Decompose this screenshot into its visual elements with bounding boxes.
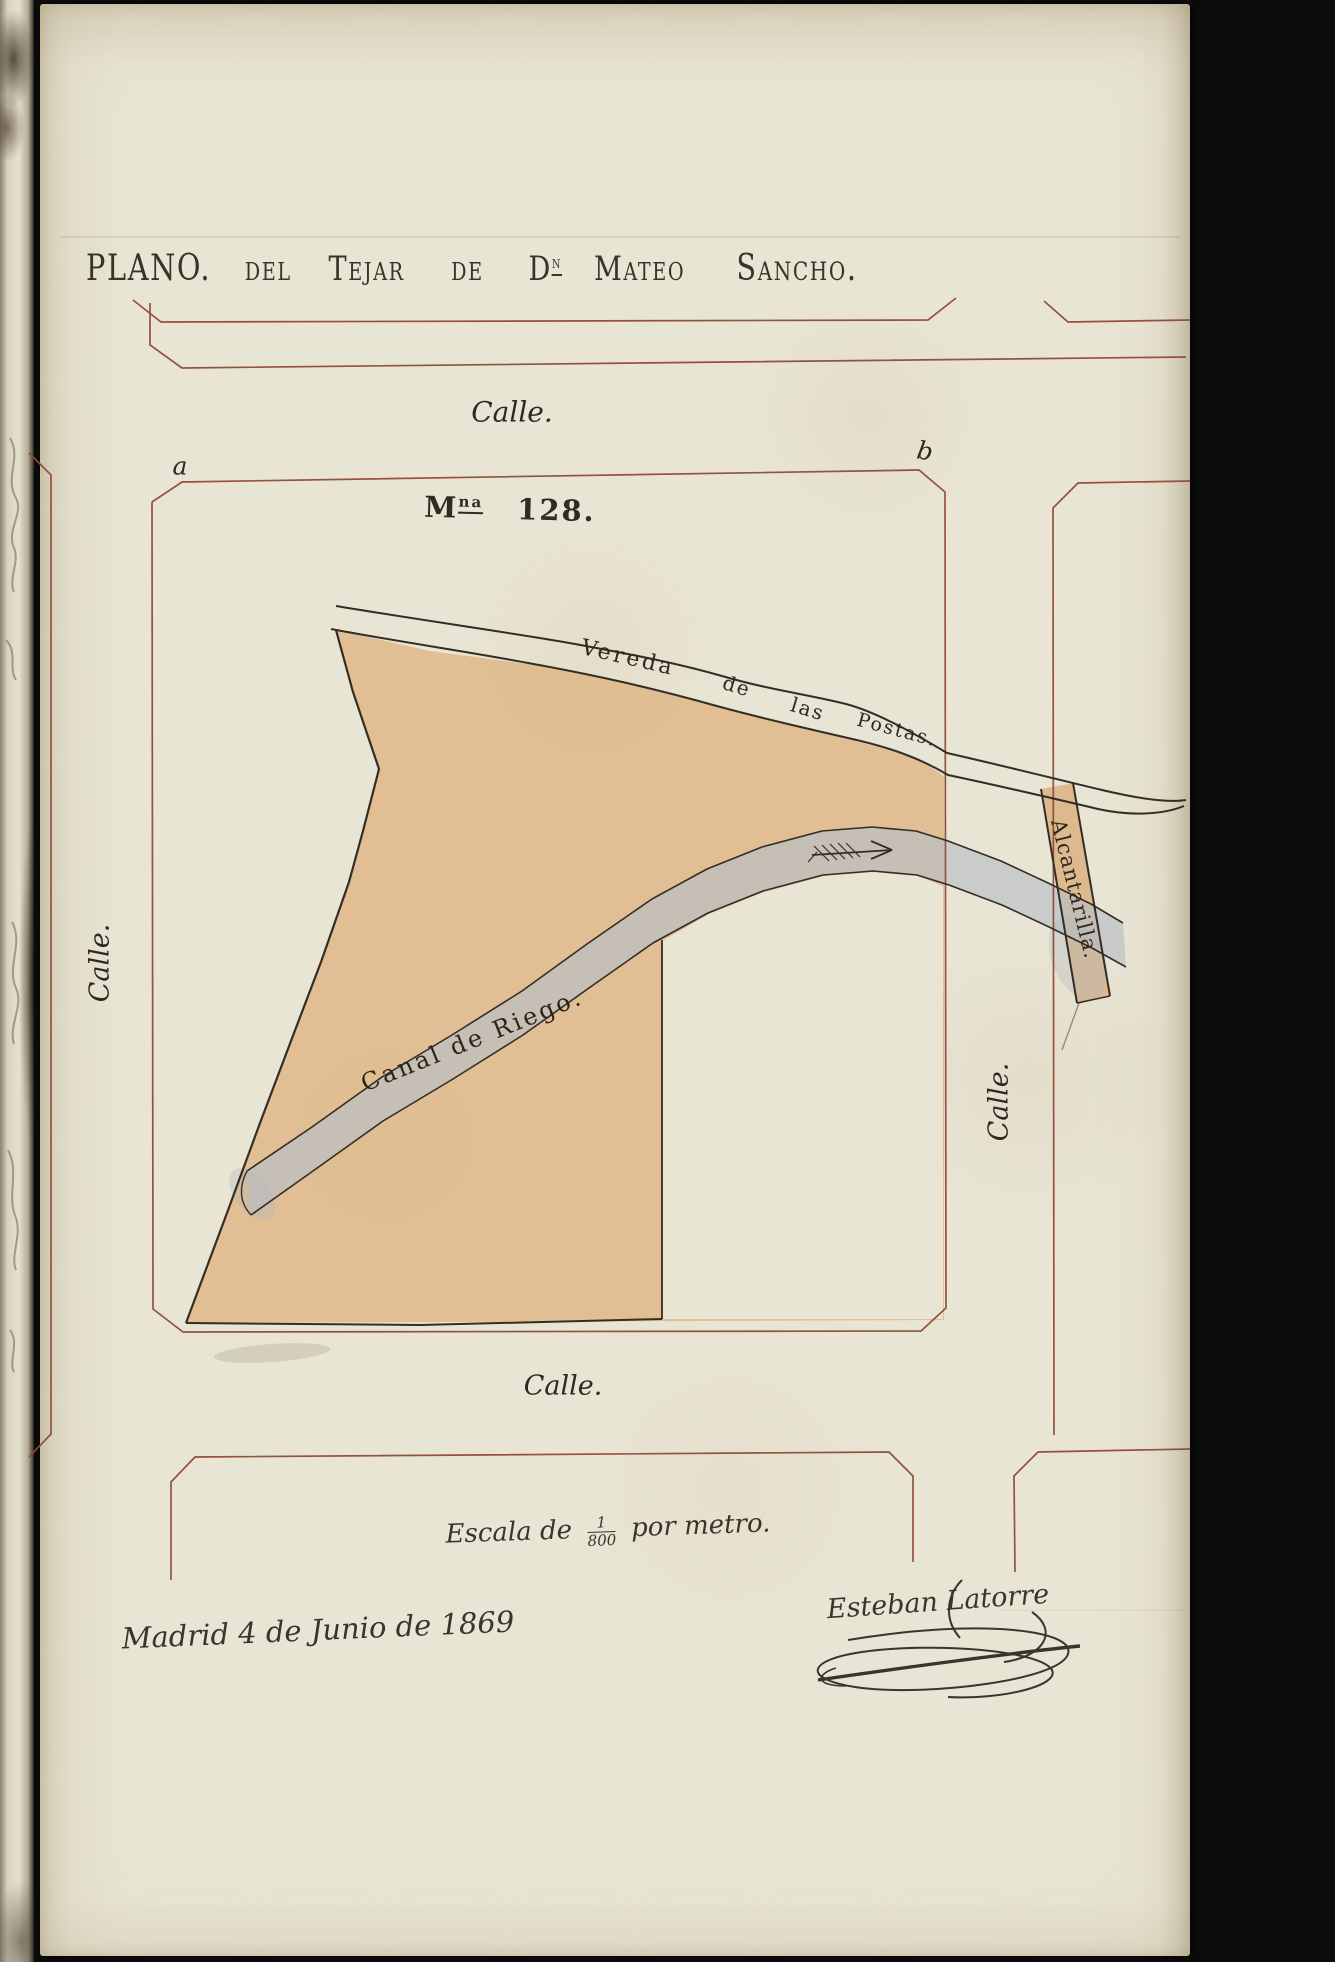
street-label-top: Calle.	[471, 396, 553, 429]
street-label-right: Calle.	[984, 1063, 1015, 1142]
left-street-far-line	[29, 453, 51, 1457]
marker-a: a	[173, 452, 188, 481]
scanned-map-document: PLANO. del Tejar de Dn Mateo Sancho. Cal…	[0, 0, 1335, 1962]
scale-fraction: 1 800	[587, 1515, 617, 1549]
bottom-street-far-right	[1014, 1449, 1190, 1572]
title-word: PLANO.	[86, 248, 211, 289]
scale-numerator: 1	[596, 1515, 606, 1531]
title-word: de	[451, 249, 484, 289]
top-street-near-line	[150, 303, 1186, 368]
street-label-left: Calle.	[85, 924, 116, 1003]
street-label-bottom: Calle.	[524, 1371, 603, 1402]
block-number: Mna 128.	[424, 490, 596, 528]
graphite-smudge	[214, 1340, 331, 1366]
alcantarilla-tail	[1062, 1003, 1079, 1050]
block-value: 128.	[517, 492, 597, 528]
block-superscript: na	[458, 493, 483, 515]
title-word: Tejar	[329, 249, 405, 289]
scale-prefix: Escala de	[445, 1515, 572, 1549]
notch-paper-cover	[662, 872, 943, 1319]
map-title: PLANO. del Tejar de Dn Mateo Sancho.	[86, 248, 858, 289]
scale-suffix: por metro.	[631, 1508, 771, 1543]
top-block-far-line	[133, 298, 956, 322]
scale-denominator: 800	[587, 1531, 616, 1550]
block-m: M	[424, 490, 459, 525]
don-superscript: n	[552, 253, 562, 276]
title-word: Mateo	[594, 249, 685, 289]
top-right-block-line	[1044, 301, 1190, 322]
title-word-don: Dn	[529, 249, 562, 289]
plan-drawing	[0, 0, 1335, 1962]
title-word: del	[245, 249, 292, 289]
title-word: Sancho.	[736, 248, 857, 289]
